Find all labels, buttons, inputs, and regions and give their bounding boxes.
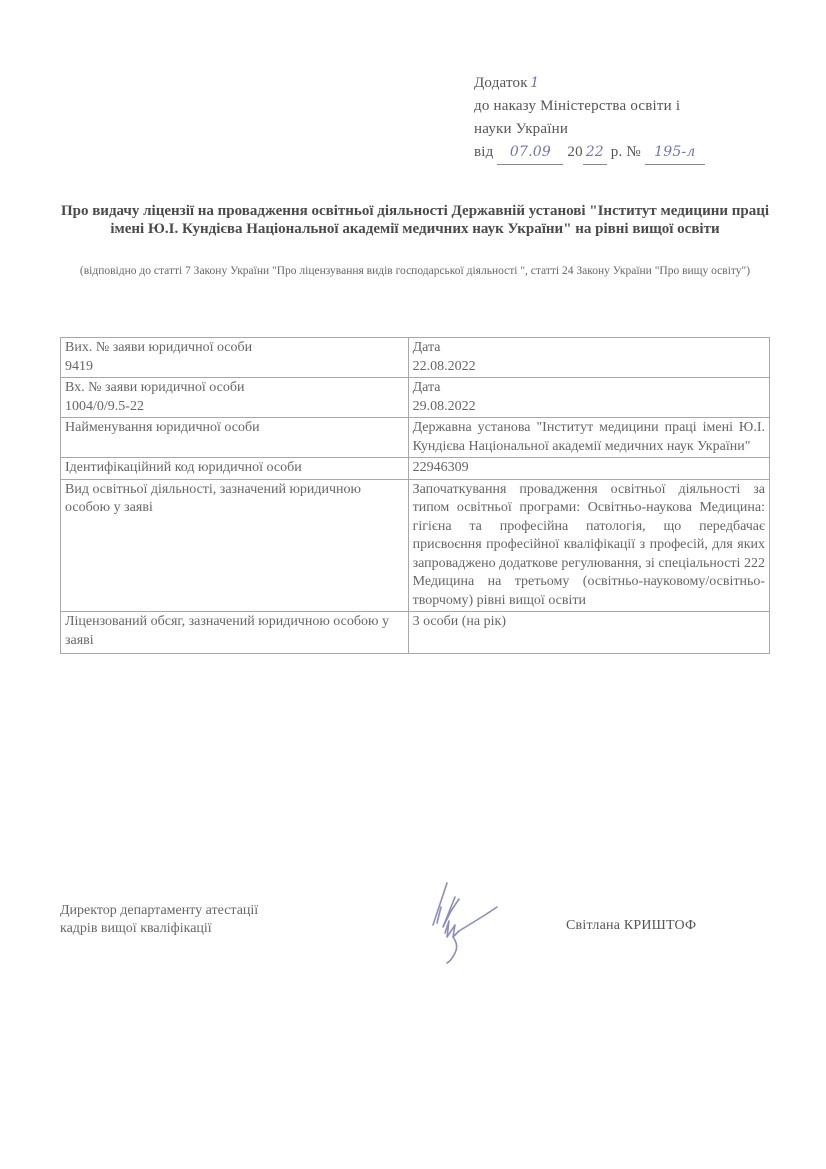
year-suffix: р. №: [611, 144, 641, 160]
outgoing-date-label: Дата: [413, 339, 765, 358]
incoming-number-label: Вх. № заяви юридичної особи: [65, 379, 404, 398]
id-code-value: 22946309: [408, 458, 769, 480]
appendix-line-3: науки України: [474, 118, 705, 141]
signer-name: Світлана КРИШТОФ: [566, 918, 696, 934]
id-code-label: Ідентифікаційний код юридичної особи: [61, 458, 409, 480]
appendix-number: 1: [528, 72, 542, 95]
outgoing-number-value: 9419: [65, 358, 404, 377]
signer-role-line-1: Директор департаменту атестації: [60, 902, 258, 920]
order-year: 22: [583, 141, 607, 165]
appendix-label: Додаток: [474, 75, 528, 91]
incoming-number-value: 1004/0/9.5-22: [65, 398, 404, 417]
activity-type-label: Вид освітньої діяльності, зазначений юри…: [61, 479, 409, 612]
document-subtitle: (відповідно до статті 7 Закону України "…: [60, 264, 770, 278]
entity-name-value: Державна установа "Інститут медицини пра…: [408, 418, 769, 458]
from-prefix: від: [474, 144, 493, 160]
order-number: 195-л: [645, 141, 705, 165]
entity-name-label: Найменування юридичної особи: [61, 418, 409, 458]
year-prefix: 20: [567, 144, 582, 160]
table-cell: Вх. № заяви юридичної особи 1004/0/9.5-2…: [61, 378, 409, 418]
table-cell: Дата 22.08.2022: [408, 338, 769, 378]
appendix-header: Додаток1 до наказу Міністерства освіти і…: [474, 72, 705, 165]
signer-role: Директор департаменту атестації кадрів в…: [60, 902, 258, 938]
signer-role-line-2: кадрів вищої кваліфікації: [60, 920, 258, 938]
table-row: Вид освітньої діяльності, зазначений юри…: [61, 479, 770, 612]
table-row: Ідентифікаційний код юридичної особи 229…: [61, 458, 770, 480]
incoming-date-value: 29.08.2022: [413, 398, 765, 417]
table-cell: Вих. № заяви юридичної особи 9419: [61, 338, 409, 378]
table-row: Найменування юридичної особи Державна ус…: [61, 418, 770, 458]
table-row: Ліцензований обсяг, зазначений юридичною…: [61, 612, 770, 654]
document-title: Про видачу ліцензії на провадження освіт…: [60, 202, 770, 238]
licensed-volume-value: 3 особи (на рік): [408, 612, 769, 654]
signature-icon: [425, 875, 535, 970]
appendix-line-2: до наказу Міністерства освіти і: [474, 95, 705, 118]
activity-type-value: Започаткування провадження освітньої дія…: [408, 479, 769, 612]
licensed-volume-label: Ліцензований обсяг, зазначений юридичною…: [61, 612, 409, 654]
table-row: Вих. № заяви юридичної особи 9419 Дата 2…: [61, 338, 770, 378]
appendix-line-1: Додаток1: [474, 72, 705, 95]
order-date: 07.09: [497, 141, 563, 165]
appendix-line-4: від 07.09 2022 р. № 195-л: [474, 141, 705, 165]
table-cell: Дата 29.08.2022: [408, 378, 769, 418]
outgoing-date-value: 22.08.2022: [413, 358, 765, 377]
incoming-date-label: Дата: [413, 379, 765, 398]
outgoing-number-label: Вих. № заяви юридичної особи: [65, 339, 404, 358]
license-info-table: Вих. № заяви юридичної особи 9419 Дата 2…: [60, 337, 770, 654]
table-row: Вх. № заяви юридичної особи 1004/0/9.5-2…: [61, 378, 770, 418]
